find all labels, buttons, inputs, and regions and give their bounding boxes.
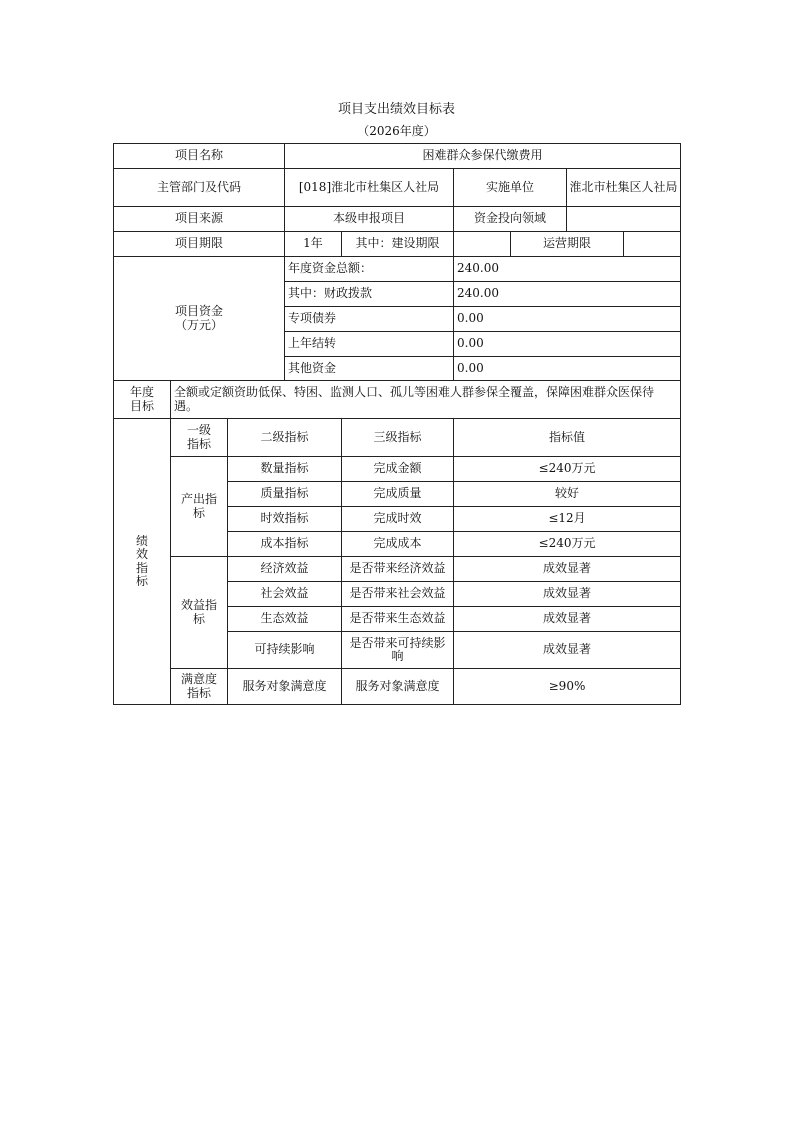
level2-cell: 成本指标 — [227, 531, 342, 557]
build-period-label: 其中：建设期限 — [341, 231, 454, 257]
impl-unit-label: 实施单位 — [453, 168, 567, 207]
value-cell: 成效显著 — [453, 556, 681, 582]
funds-row-value: 0.00 — [453, 356, 681, 381]
level1-output: 产出指标 — [170, 456, 228, 557]
period-value: 1年 — [284, 231, 342, 257]
header-level2: 二级指标 — [227, 418, 342, 457]
op-period-label: 运营期限 — [510, 231, 624, 257]
funds-label-text: 项目资金（万元） — [169, 305, 229, 331]
level2-cell: 社会效益 — [227, 581, 342, 607]
fund-field-value — [566, 206, 681, 232]
level2-cell: 数量指标 — [227, 456, 342, 482]
header-level3: 三级指标 — [341, 418, 454, 457]
level2-cell: 时效指标 — [227, 506, 342, 532]
value-cell: ≤240万元 — [453, 531, 681, 557]
op-period-value — [623, 231, 681, 257]
indicators-section-label: 绩效指标 — [113, 418, 171, 705]
value-cell: ≤240万元 — [453, 456, 681, 482]
dept-label: 主管部门及代码 — [113, 168, 285, 207]
funds-row-label: 其他资金 — [284, 356, 454, 381]
dept-value: [018]淮北市杜集区人社局 — [284, 168, 454, 207]
project-name-label: 项目名称 — [113, 143, 285, 169]
level1-satisfaction: 满意度指标 — [170, 668, 228, 705]
period-label: 项目期限 — [113, 231, 285, 257]
fund-field-label: 资金投向领域 — [453, 206, 567, 232]
funds-row-label: 上年结转 — [284, 331, 454, 357]
source-label: 项目来源 — [113, 206, 285, 232]
funds-row-value: 240.00 — [453, 256, 681, 282]
value-cell: 较好 — [453, 481, 681, 507]
level2-cell: 质量指标 — [227, 481, 342, 507]
page-subtitle: （2026年度） — [0, 122, 793, 139]
funds-row-label: 年度资金总额： — [284, 256, 454, 282]
level3-cell: 完成质量 — [341, 481, 454, 507]
source-value: 本级申报项目 — [284, 206, 454, 232]
header-value: 指标值 — [453, 418, 681, 457]
funds-row-value: 240.00 — [453, 281, 681, 307]
header-level1: 一级指标 — [170, 418, 228, 457]
value-cell: ≤12月 — [453, 506, 681, 532]
level3-cell: 完成时效 — [341, 506, 454, 532]
level2-cell: 可持续影响 — [227, 631, 342, 669]
level2-cell: 生态效益 — [227, 606, 342, 632]
page-title: 项目支出绩效目标表 — [0, 98, 793, 117]
value-cell: 成效显著 — [453, 606, 681, 632]
level3-cell: 完成成本 — [341, 531, 454, 557]
level3-cell: 是否带来生态效益 — [341, 606, 454, 632]
level3-cell: 服务对象满意度 — [341, 668, 454, 705]
level3-cell: 是否带来经济效益 — [341, 556, 454, 582]
value-cell: 成效显著 — [453, 631, 681, 669]
build-period-value — [453, 231, 511, 257]
funds-label: 项目资金（万元） — [113, 256, 285, 381]
level2-cell: 服务对象满意度 — [227, 668, 342, 705]
impl-unit-value: 淮北市杜集区人社局 — [566, 168, 681, 207]
level3-cell: 是否带来社会效益 — [341, 581, 454, 607]
value-cell: ≥90% — [453, 668, 681, 705]
level3-cell: 是否带来可持续影响 — [341, 631, 454, 669]
funds-row-value: 0.00 — [453, 306, 681, 332]
funds-row-label: 专项债券 — [284, 306, 454, 332]
level3-cell: 完成金额 — [341, 456, 454, 482]
funds-row-label: 其中：财政拨款 — [284, 281, 454, 307]
goal-label-text: 年度目标 — [128, 386, 156, 412]
level2-cell: 经济效益 — [227, 556, 342, 582]
indicators-section-text: 绩效指标 — [136, 535, 149, 588]
project-name-value: 困难群众参保代缴费用 — [284, 143, 681, 169]
funds-row-value: 0.00 — [453, 331, 681, 357]
level1-benefit: 效益指标 — [170, 556, 228, 669]
goal-label: 年度目标 — [113, 380, 171, 419]
goal-text: 全额或定额资助低保、特困、监测人口、孤儿等困难人群参保全覆盖，保障困难群众医保待… — [170, 380, 681, 419]
value-cell: 成效显著 — [453, 581, 681, 607]
